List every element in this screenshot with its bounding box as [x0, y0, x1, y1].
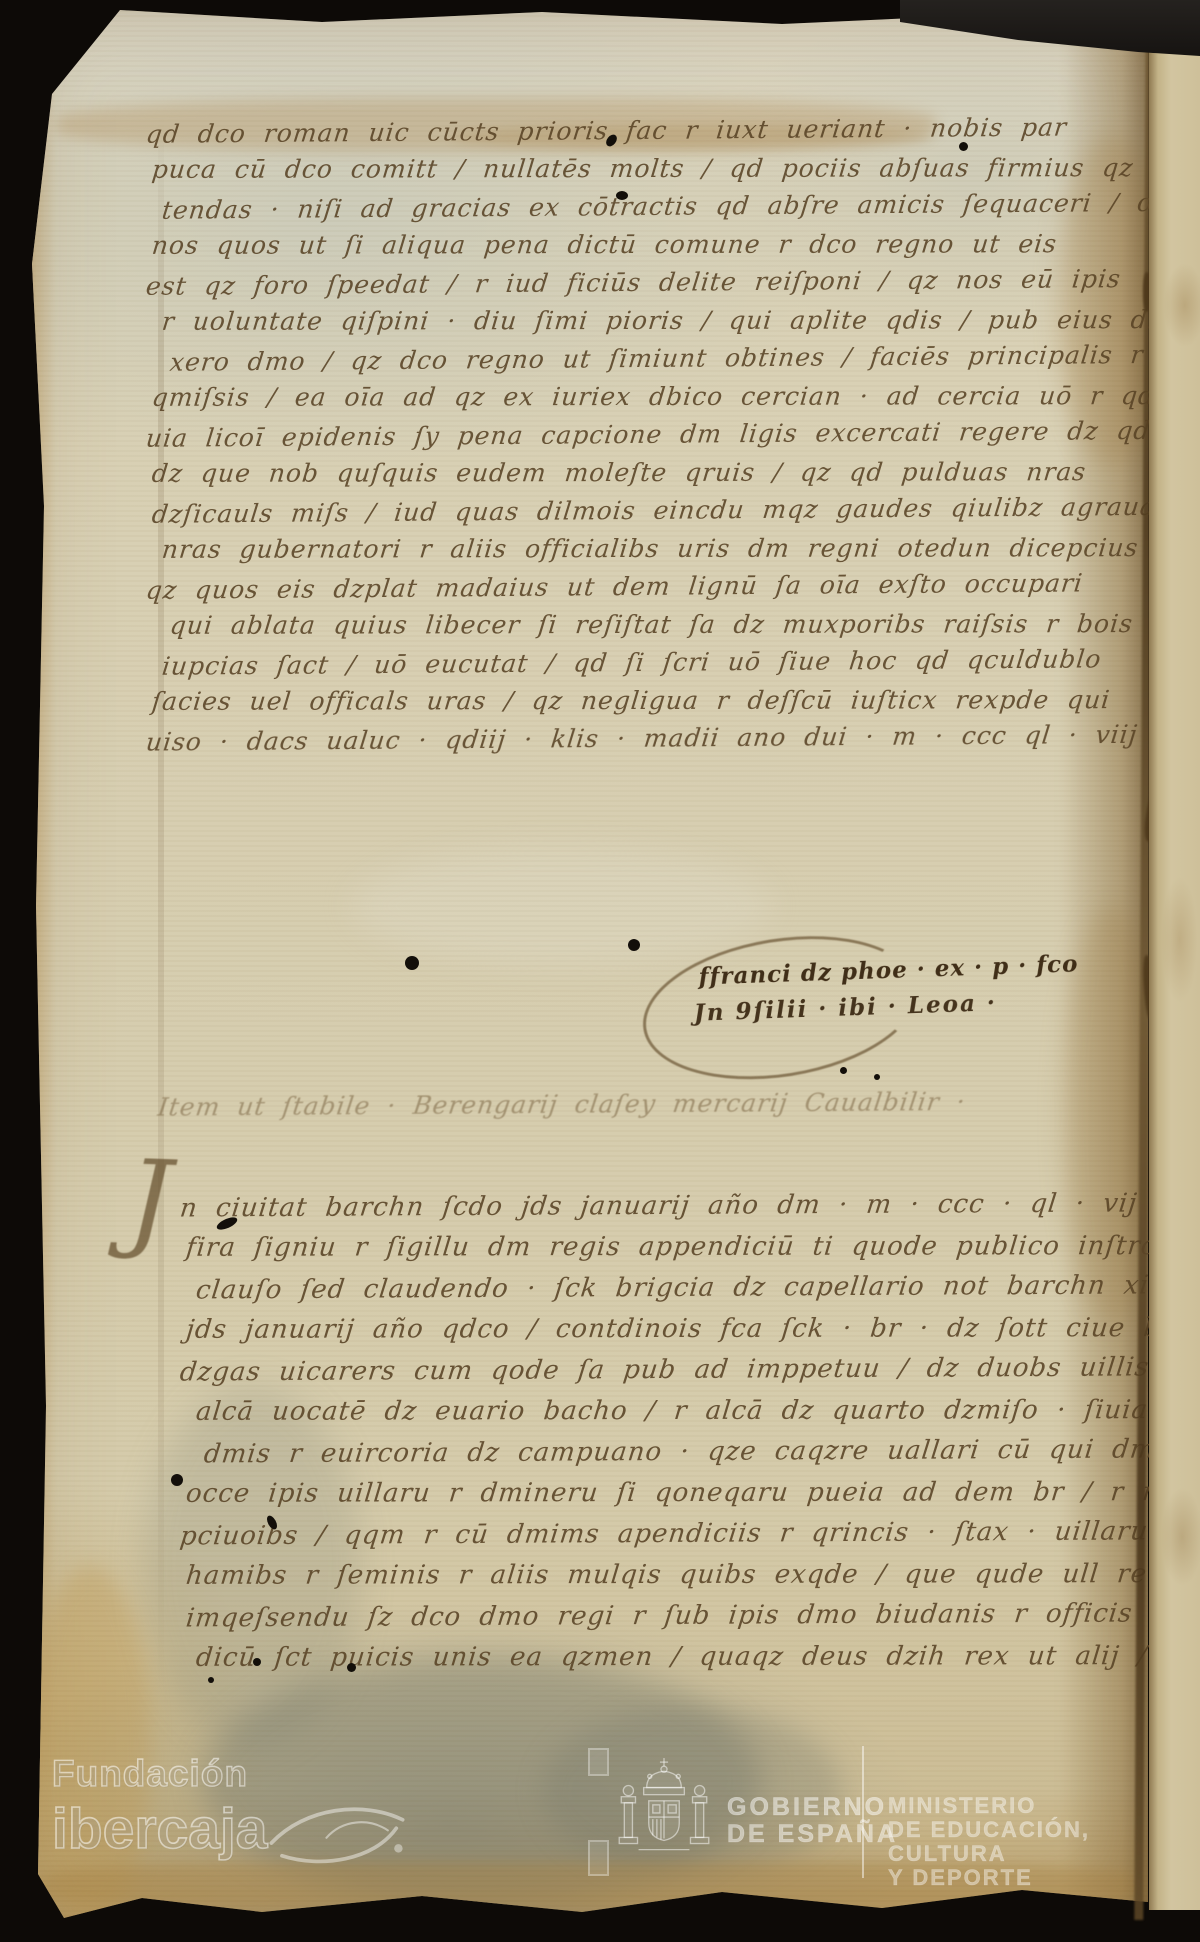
notary-signature: ffranci dz phoe · ex · p · fco Jn 9ſilii…	[639, 928, 964, 1099]
manuscript-line: jds januarij año qdco / contdinois fca ſ…	[184, 1308, 1128, 1351]
manuscript-line: alcā uocatē dz euario bacho / r alcā dz …	[194, 1390, 1128, 1433]
manuscript-line: dmis r euircoria dz campuano · qze caqzr…	[202, 1430, 1129, 1476]
ink-blob	[616, 191, 628, 200]
manuscript-line: imqeſsendu ſz dco dmo regi r ſub ipis dm…	[184, 1594, 1129, 1640]
worm-hole	[347, 1663, 356, 1672]
manuscript-line: nras gubernatori r aliis officialibs uri…	[160, 529, 1114, 569]
manuscript-line: qui ablata quius libecer ſi reſiſtat ſa …	[168, 605, 1114, 645]
manuscript-line: uia licoī epidenis ſy pena capcione dm l…	[144, 412, 1114, 458]
manuscript-line: dzgas uicarers cum qode ſa pub ad imppet…	[178, 1348, 1129, 1394]
worm-hole	[171, 1474, 183, 1486]
manuscript-line: dicū ſct puicis unis ea qzmen / quaqz de…	[194, 1636, 1128, 1679]
manuscript-line: qmiſsis / ea oīa ad qz ex iuriex dbico c…	[150, 377, 1114, 417]
worm-hole	[959, 142, 968, 151]
text-block-1: qd dco roman uic cūcts prioris fac r iux…	[152, 112, 1112, 758]
stain-deckle-edge	[42, 1862, 1142, 1910]
manuscript-line: qd dco roman uic cūcts prioris fac r iux…	[144, 108, 1114, 154]
manuscript-line: dzſicauls miſs / iud quas dilmois eincdu…	[150, 488, 1114, 534]
manuscript-line: dz que nob quſquis eudem moleſte qruis /…	[150, 453, 1114, 493]
manuscript-line: est qz foro ſpeedat / r iud ficiūs delit…	[144, 260, 1114, 306]
stain-yellow	[30, 1566, 150, 1926]
manuscript-line: tendas · niſi ad gracias ex cōtractis qd…	[160, 184, 1114, 229]
section-heading: Item ut ſtabile · Berengarij claſey merc…	[156, 1087, 968, 1122]
manuscript-line: uiso · dacs ualuc · qdiij · klis · madii…	[144, 716, 1114, 762]
worm-hole	[405, 956, 419, 970]
manuscript-photo: qd dco roman uic cūcts prioris fac r iux…	[0, 0, 1200, 1942]
manuscript-line: occe ipis uillaru r dmineru ſi qoneqaru …	[184, 1472, 1128, 1515]
manuscript-line: clauſo ſed claudendo · ſck brigcia dz ca…	[194, 1266, 1129, 1312]
adjacent-folio-edge	[1149, 44, 1200, 1910]
worm-hole	[208, 1677, 214, 1683]
stain-grey	[202, 1656, 762, 1906]
text-block-2: n ciuitat barchn ſcdo jds januarij año d…	[186, 1186, 1126, 1678]
worm-hole	[840, 1067, 847, 1074]
manuscript-line: puca cū dco comitt / nullatēs molts / qd…	[150, 149, 1114, 189]
manuscript-line: n ciuitat barchn ſcdo jds januarij año d…	[178, 1184, 1129, 1230]
manuscript-line: iupcias ſact / uō eucutat / qd ſi ſcri u…	[160, 640, 1114, 685]
manuscript-line: xero dmo / qz dco regno ut ſimiunt obtin…	[168, 336, 1114, 381]
manuscript-line: hamibs r ſeminis r aliis mulqis quibs ex…	[184, 1554, 1128, 1597]
manuscript-line: fira ſigniu r ſigillu dm regis appendici…	[184, 1226, 1128, 1269]
manuscript-line: qz quos eis dzplat madaius ut dem lignū …	[144, 564, 1114, 610]
worm-hole	[628, 939, 640, 951]
stain-grey	[542, 1706, 842, 1876]
manuscript-line: r uoluntate qiſpini · diu ſimi pioris / …	[160, 301, 1114, 341]
manuscript-line: nos quos ut ſi aliqua pena dictū comune …	[150, 225, 1114, 265]
worm-hole	[253, 1658, 261, 1666]
manuscript-line: ſacies uel officals uras / qz negligua r…	[150, 681, 1114, 721]
manuscript-line: pciuoibs / qqm r cū dmims apendiciis r q…	[178, 1512, 1129, 1558]
illuminated-initial: J	[126, 1137, 174, 1263]
worm-hole	[874, 1074, 880, 1080]
